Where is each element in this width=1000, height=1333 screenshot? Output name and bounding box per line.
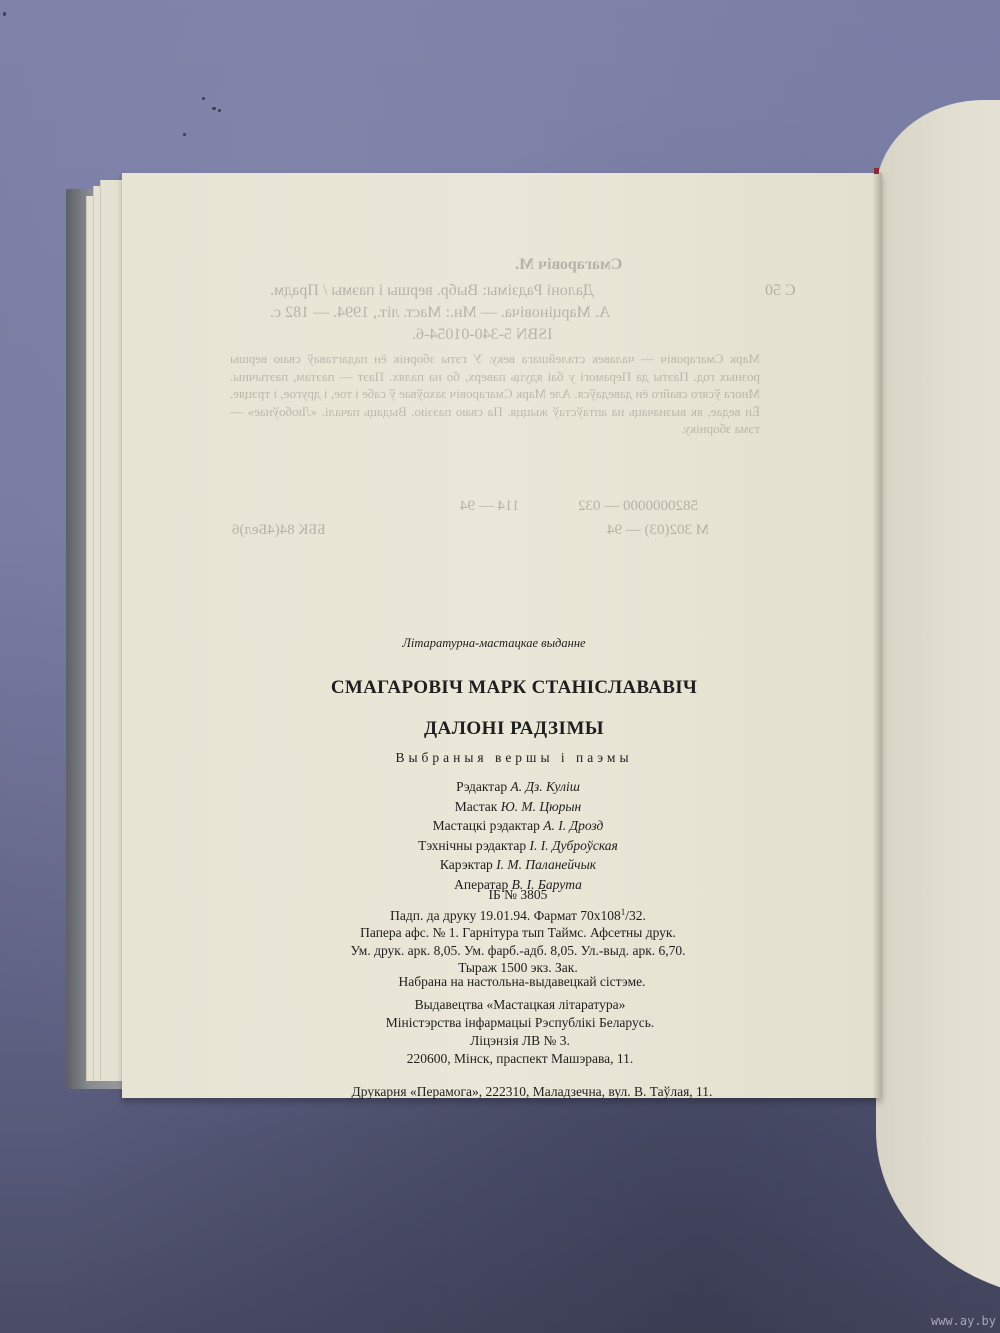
show-through-annotation: Марк Смагаровіч — чалавек сталейшага век… bbox=[230, 350, 760, 438]
signed-format-line: Падп. да друку 19.01.94. Фармат 70х1081/… bbox=[138, 904, 898, 925]
ib-number: ІБ № 3805 bbox=[138, 886, 898, 904]
typeset-note: Набрана на настольна-выдавецкай сістэме. bbox=[142, 974, 902, 990]
signed-line-text: Падп. да друку 19.01.94. Фармат 70х108 bbox=[390, 908, 621, 923]
show-through-code: С 50 bbox=[765, 282, 796, 300]
technical-details: ІБ № 3805 Падп. да друку 19.01.94. Фарма… bbox=[138, 886, 898, 977]
credit-line: Тэхнічны рэдактар І. І. Дуброўская bbox=[138, 836, 898, 856]
format-rest: /32. bbox=[625, 908, 646, 923]
credit-line: Карэктар І. М. Паланейчык bbox=[138, 855, 898, 875]
show-through-bbk2: М 302(03) — 94 bbox=[607, 522, 709, 539]
dust-speck bbox=[183, 133, 186, 136]
credit-person: А. І. Дрозд bbox=[543, 818, 603, 833]
watermark: www.ay.by bbox=[931, 1314, 996, 1328]
publisher-line: Міністэрства інфармацыі Рэспублікі Белар… bbox=[140, 1014, 900, 1032]
credit-line: Рэдактар А. Дз. Куліш bbox=[138, 777, 898, 797]
dust-speck bbox=[212, 107, 216, 110]
book-subtitle: Выбраныя вершы і паэмы bbox=[134, 750, 894, 766]
publisher-block: Выдавецтва «Мастацкая літаратура» Мініст… bbox=[140, 996, 900, 1068]
publisher-line: 220600, Мінск, праспект Машэрава, 11. bbox=[140, 1050, 900, 1068]
dust-speck bbox=[202, 97, 205, 100]
credit-role: Мастак bbox=[455, 799, 498, 814]
credit-role: Рэдактар bbox=[456, 779, 507, 794]
credit-person: І. М. Паланейчык bbox=[496, 857, 596, 872]
series-label: Літаратурна-мастацкае выданне bbox=[114, 636, 874, 651]
show-through-bbk1: 5820000000 — 032 bbox=[578, 498, 698, 515]
credit-person: Ю. М. Цюрын bbox=[501, 799, 582, 814]
book-title: ДАЛОНІ РАДЗІМЫ bbox=[134, 718, 894, 740]
credit-role: Мастацкі рэдактар bbox=[433, 818, 540, 833]
show-through-header: Смагаровіч М. bbox=[515, 256, 622, 274]
sheets-line: Ум. друк. арк. 8,05. Ум. фарб.-адб. 8,05… bbox=[138, 942, 898, 960]
publisher-line: Выдавецтва «Мастацкая літаратура» bbox=[140, 996, 900, 1014]
paper-line: Папера афс. № 1. Гарнітура тып Таймс. Аф… bbox=[138, 924, 898, 942]
dust-speck bbox=[218, 109, 221, 112]
red-headband bbox=[874, 168, 879, 174]
credit-role: Карэктар bbox=[440, 857, 493, 872]
right-page-curl bbox=[876, 100, 1000, 1300]
show-through-bbk-code: ББК 84(4Бел)6 bbox=[232, 522, 326, 539]
show-through-bbk-mid: 114 — 94 bbox=[460, 498, 519, 515]
dust-speck bbox=[3, 12, 6, 16]
credit-line: Мастацкі рэдактар А. І. Дрозд bbox=[138, 816, 898, 836]
printer-line: Друкарня «Перамога», 222310, Маладзечна,… bbox=[152, 1084, 912, 1100]
credits-list: Рэдактар А. Дз. Куліш Мастак Ю. М. Цюрын… bbox=[138, 777, 898, 894]
show-through-title: Далоні Радзімы: Выбр. вершы і паэмы / Пр… bbox=[270, 282, 594, 300]
publisher-line: Ліцэнзія ЛВ № 3. bbox=[140, 1032, 900, 1050]
author-name: СМАГАРОВІЧ МАРК СТАНІСЛАВАВІЧ bbox=[134, 677, 894, 699]
show-through-isbn: ISBN 5-340-01054-6. bbox=[412, 326, 552, 344]
show-through-line2: А. Марціновіча. — Мн.: Маст. літ., 1994.… bbox=[270, 304, 610, 322]
credit-line: Мастак Ю. М. Цюрын bbox=[138, 797, 898, 817]
credit-person: І. І. Дуброўская bbox=[529, 838, 617, 853]
credit-person: А. Дз. Куліш bbox=[510, 779, 579, 794]
credit-role: Тэхнічны рэдактар bbox=[418, 838, 526, 853]
